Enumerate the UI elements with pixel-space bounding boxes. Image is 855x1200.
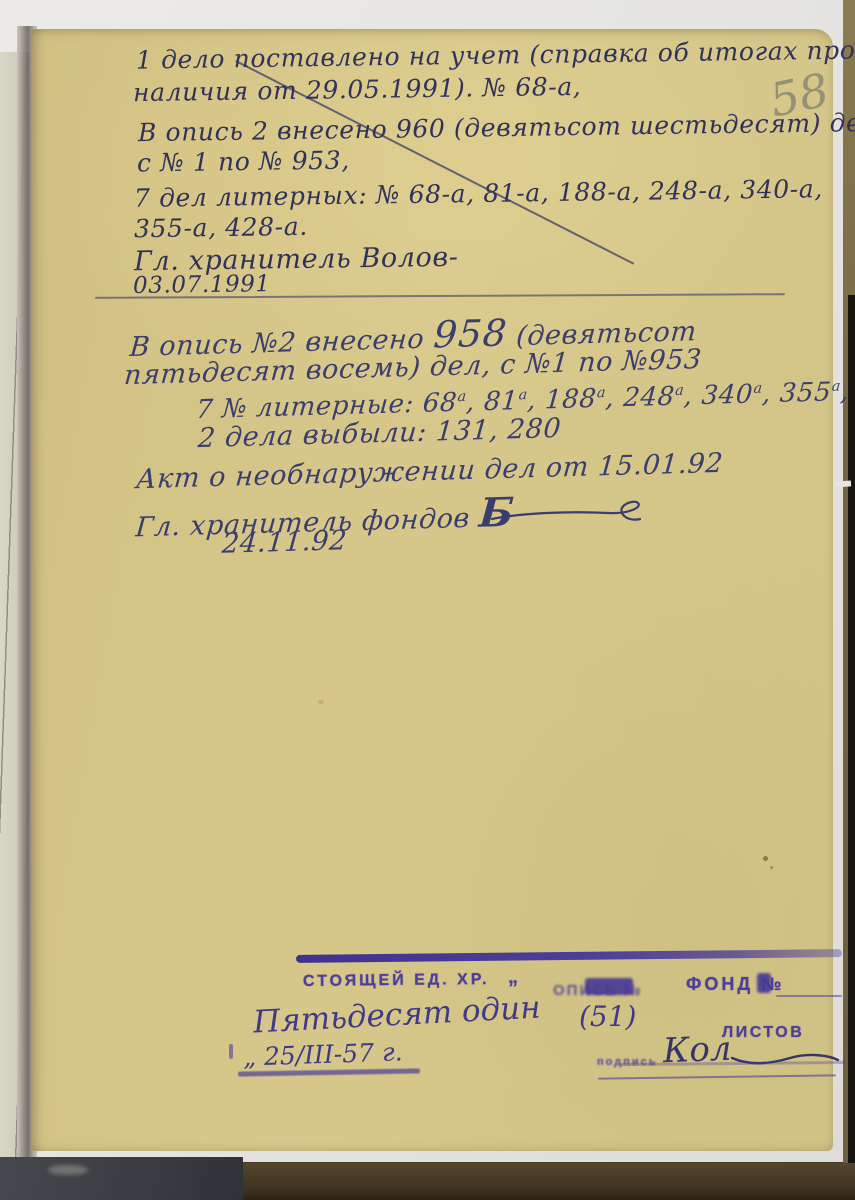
- paper-speck: [318, 700, 324, 704]
- paper-speck: [770, 866, 773, 869]
- stamp-date: „ 25/III-57 г.: [243, 1037, 403, 1072]
- liternye-item: 248а,: [622, 381, 703, 413]
- stamp-fond-underline: [776, 995, 842, 997]
- signature-flourish: [490, 497, 650, 537]
- cover-smudge: [48, 1165, 88, 1175]
- liternye-item: 340а,: [700, 379, 781, 411]
- entry-1991-line6: 355-а, 428-а.: [134, 212, 308, 243]
- entry-1991-line4: с № 1 по № 953,: [137, 146, 350, 178]
- entry-1991-date: 03.07.1991: [133, 271, 271, 299]
- entry-1992-date: 24.11.92: [221, 525, 348, 560]
- liternye-item: 68а,: [422, 387, 485, 419]
- paper-speck: [763, 856, 768, 861]
- stamp-quote-mark: „: [508, 966, 518, 989]
- stamp-count-digits: (51): [579, 1000, 636, 1033]
- liternye-item: 81а,: [483, 385, 546, 417]
- liternye-item: 188а,: [544, 383, 625, 415]
- stamp-ink-smudge: [585, 978, 633, 995]
- book-edge-shadow: [848, 295, 855, 1200]
- liternye-item: 355а,: [779, 377, 855, 409]
- page-edge-notch: [835, 480, 851, 487]
- stamp-ink-smudge: [757, 973, 771, 993]
- stamp-signature-flourish: [730, 1040, 840, 1070]
- stamp-left-mark: [229, 1044, 233, 1059]
- stamp-unit-label: СТОЯЩЕЙ ЕД. ХР.: [303, 971, 490, 991]
- bottom-cover-corner: [0, 1157, 243, 1200]
